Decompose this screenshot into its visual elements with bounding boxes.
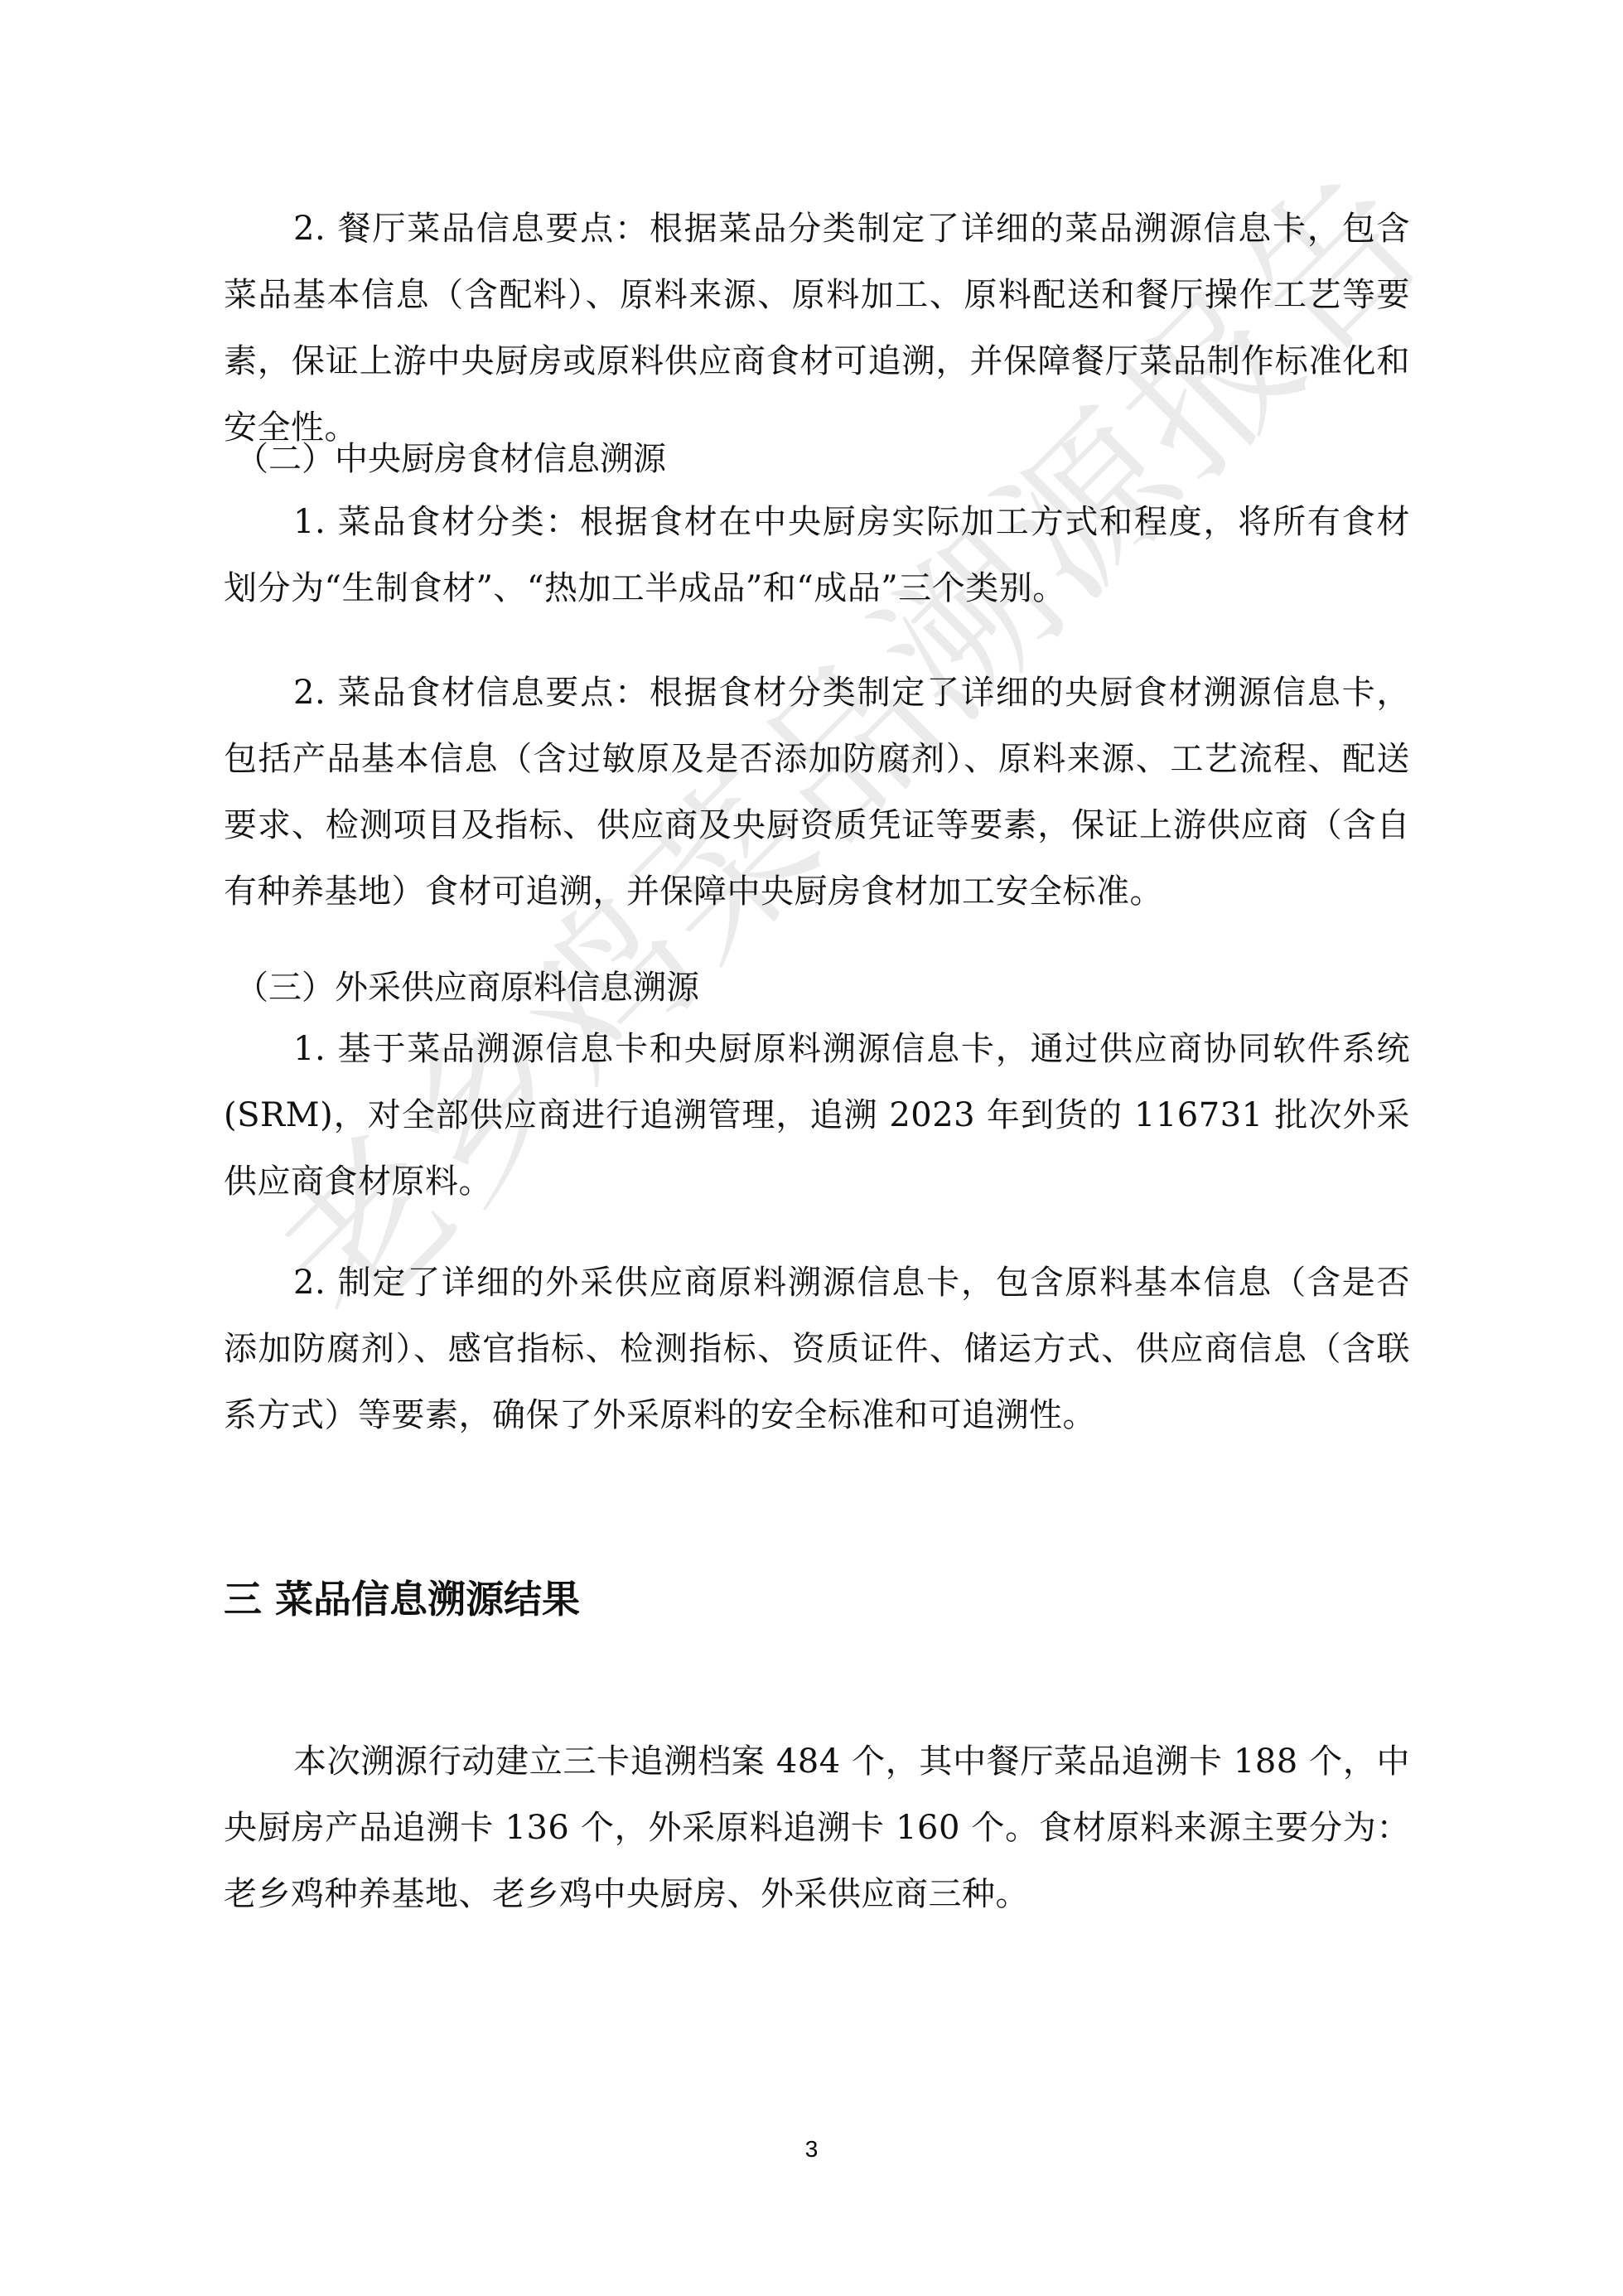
paragraph-restaurant-dish-info: 2. 餐厅菜品信息要点：根据菜品分类制定了详细的菜品溯源信息卡，包含菜品基本信息… [224,196,1410,461]
paragraph-external-supplier-card: 2. 制定了详细的外采供应商原料溯源信息卡，包含原料基本信息（含是否添加防腐剂）… [224,1250,1410,1448]
paragraph-ingredient-info: 2. 菜品食材信息要点：根据食材分类制定了详细的央厨食材溯源信息卡，包括产品基本… [224,660,1410,925]
section-title-results: 三 菜品信息溯源结果 [224,1574,580,1624]
subheading-central-kitchen: （二）中央厨房食材信息溯源 [235,434,666,484]
paragraph-srm-traceability: 1. 基于菜品溯源信息卡和央厨原料溯源信息卡，通过供应商协同软件系统(SRM)，… [224,1016,1410,1215]
paragraph-ingredient-classification: 1. 菜品食材分类：根据食材在中央厨房实际加工方式和程度，将所有食材划分为“生制… [224,489,1410,621]
paragraph-results-summary: 本次溯源行动建立三卡追溯档案 484 个，其中餐厅菜品追溯卡 188 个，中央厨… [224,1728,1410,1927]
page-number: 3 [0,2136,1623,2163]
subheading-external-supplier: （三）外采供应商原料信息溯源 [235,963,699,1013]
document-page: 老乡鸡菜品溯源报告 2. 餐厅菜品信息要点：根据菜品分类制定了详细的菜品溯源信息… [0,0,1623,2296]
